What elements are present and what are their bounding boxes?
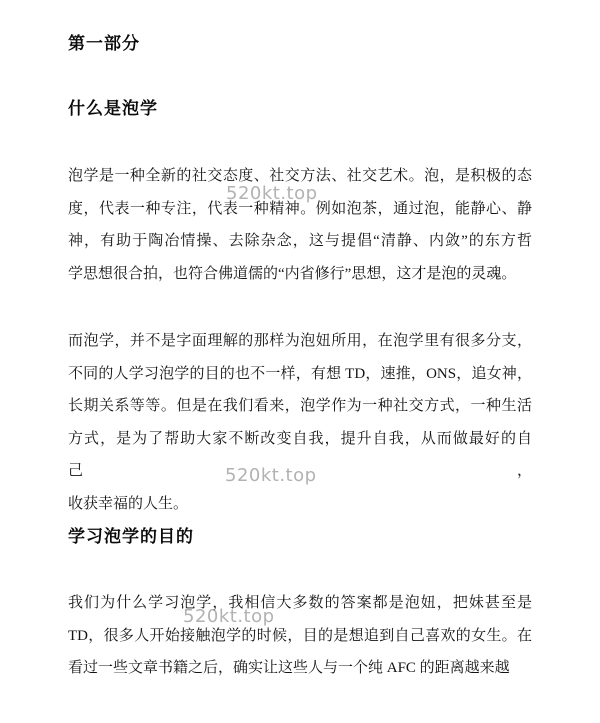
text-line: 收获幸福的人生。: [68, 488, 532, 521]
text-line: 长期关系等等。但是在我们看来，泡学作为一种社交方式，一种生活: [68, 390, 532, 423]
text-line: 看过一些文章书籍之后，确实让这些人与一个纯 AFC 的距离越来越: [68, 652, 532, 685]
text-line: 而泡学，并不是字面理解的那样为泡妞所用，在泡学里有很多分支，: [68, 325, 532, 358]
text-line: TD，很多人开始接触泡学的时候，目的是想追到自己喜欢的女生。在: [68, 620, 532, 653]
paragraph-branches: 而泡学，并不是字面理解的那样为泡妞所用，在泡学里有很多分支， 不同的人学习泡学的…: [68, 325, 532, 520]
section-heading-what-is-paoxue: 什么是泡学: [68, 99, 158, 119]
paragraph-purpose: 我们为什么学习泡学，我相信大多数的答案都是泡妞，把妹甚至是 TD，很多人开始接触…: [68, 587, 532, 685]
text-line: 我们为什么学习泡学，我相信大多数的答案都是泡妞，把妹甚至是: [68, 587, 532, 620]
text-line: 方式，是为了帮助大家不断改变自我，提升自我，从而做最好的自己，: [68, 423, 532, 488]
text-line: 不同的人学习泡学的目的也不一样，有想 TD，速推，ONS，追女神，: [68, 358, 532, 391]
text-line: 度，代表一种专注，代表一种精神。例如泡茶，通过泡，能静心、静: [68, 193, 532, 226]
text-line: 神，有助于陶冶情操、去除杂念，这与提倡“清静、内敛”的东方哲: [68, 225, 532, 258]
section-heading-purpose: 学习泡学的目的: [68, 527, 194, 547]
document-page: 520kt.top 520kt.top 520kt.top 第一部分 什么是泡学…: [0, 0, 600, 723]
text-line: 泡学是一种全新的社交态度、社交方法、社交艺术。泡，是积极的态: [68, 160, 532, 193]
section-heading-part-one: 第一部分: [68, 34, 140, 54]
paragraph-intro: 泡学是一种全新的社交态度、社交方法、社交艺术。泡，是积极的态 度，代表一种专注，…: [68, 160, 532, 290]
text-line: 学思想很合拍，也符合佛道儒的“内省修行”思想，这才是泡的灵魂。: [68, 258, 532, 291]
